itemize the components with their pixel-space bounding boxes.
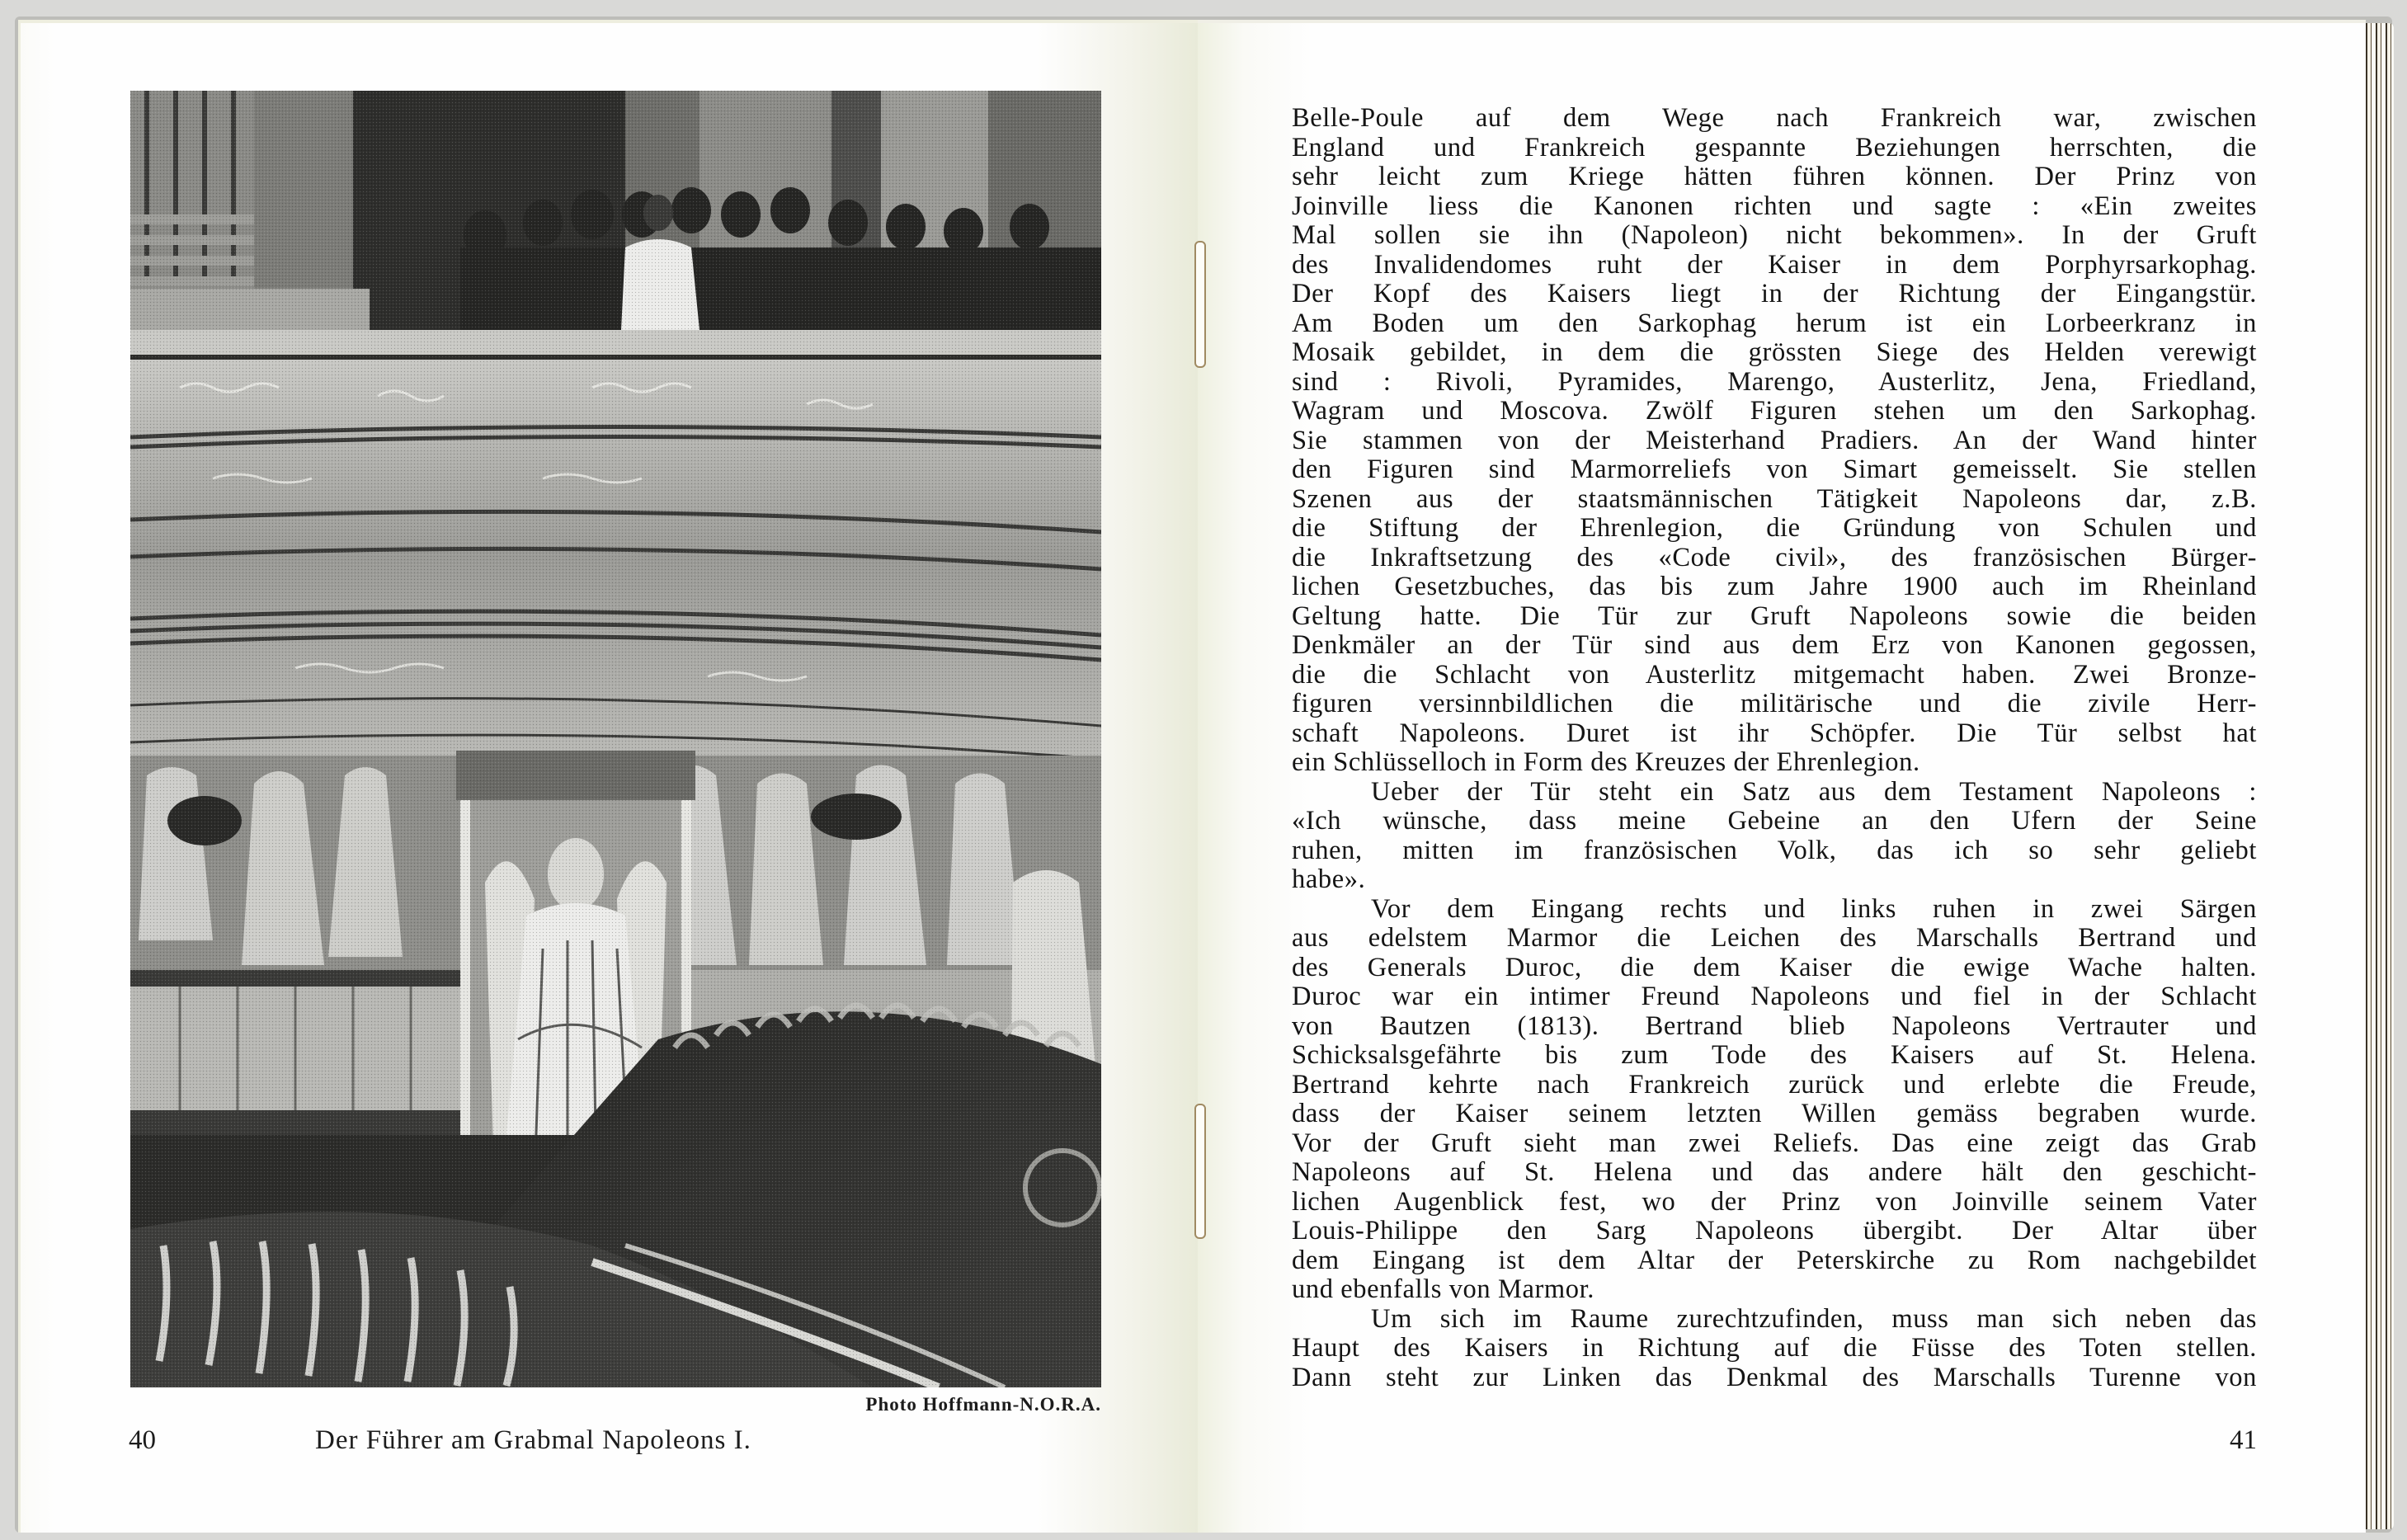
text-line: die Stiftung der Ehrenlegion, die Gründu… — [1292, 514, 2257, 544]
binding-staple-bottom — [1194, 1104, 1206, 1239]
text-line: Louis-Philippe den Sarg Napoleons übergi… — [1292, 1217, 2257, 1246]
text-line: lichen Augenblick fest, wo der Prinz von… — [1292, 1188, 2257, 1217]
text-line: sind : Rivoli, Pyramides, Marengo, Auste… — [1292, 368, 2257, 398]
text-line: Napoleons auf St. Helena und das andere … — [1292, 1158, 2257, 1188]
text-line: Vor dem Eingang rechts und links ruhen i… — [1292, 895, 2257, 925]
photo-illustration — [130, 91, 1101, 1387]
text-line: des Generals Duroc, die dem Kaiser die e… — [1292, 954, 2257, 983]
text-line: Sie stammen von der Meisterhand Pradiers… — [1292, 426, 2257, 456]
text-line: Denkmäler an der Tür sind aus dem Erz vo… — [1292, 631, 2257, 661]
text-line: Um sich im Raume zurechtzufinden, muss m… — [1292, 1305, 2257, 1335]
text-line: Duroc war ein intimer Freund Napoleons u… — [1292, 982, 2257, 1012]
text-line: schaft Napoleons. Duret ist ihr Schöpfer… — [1292, 719, 2257, 749]
text-line: die Inkraftsetzung des «Code civil», des… — [1292, 544, 2257, 573]
text-line: Vor der Gruft sieht man zwei Reliefs. Da… — [1292, 1129, 2257, 1159]
text-line: aus edelstem Marmor die Leichen des Mars… — [1292, 924, 2257, 954]
page-edges-stack — [2366, 23, 2394, 1529]
text-line: lichen Gesetzbuches, das bis zum Jahre 1… — [1292, 572, 2257, 602]
text-line: Schicksalsgefährte bis zum Tode des Kais… — [1292, 1041, 2257, 1071]
text-line: Am Boden um den Sarkophag herum ist ein … — [1292, 309, 2257, 339]
text-line: Wagram und Moscova. Zwölf Figuren stehen… — [1292, 397, 2257, 426]
text-line: Joinville liess die Kanonen richten und … — [1292, 192, 2257, 222]
page-number-right: 41 — [2219, 1425, 2257, 1456]
text-line: die die Schlacht von Austerlitz mitgemac… — [1292, 661, 2257, 690]
text-line: Szenen aus der staatsmännischen Tätigkei… — [1292, 485, 2257, 515]
text-line: von Bautzen (1813). Bertrand blieb Napol… — [1292, 1012, 2257, 1042]
page-number-left: 40 — [129, 1425, 156, 1456]
text-line: habe». — [1292, 865, 2257, 895]
text-line: «Ich wünsche, dass meine Gebeine an den … — [1292, 807, 2257, 836]
text-line: Geltung hatte. Die Tür zur Gruft Napoleo… — [1292, 602, 2257, 632]
photo-napoleon-tomb — [130, 91, 1101, 1387]
text-line: figuren versinnbildlichen die militärisc… — [1292, 690, 2257, 719]
text-line: und ebenfalls von Marmor. — [1292, 1275, 2257, 1305]
text-line: Belle-Poule auf dem Wege nach Frankreich… — [1292, 104, 2257, 134]
text-line: sehr leicht zum Kriege hätten führen kön… — [1292, 162, 2257, 192]
text-line: Dann steht zur Linken das Denkmal des Ma… — [1292, 1363, 2257, 1393]
text-line: ein Schlüsselloch in Form des Kreuzes de… — [1292, 748, 2257, 778]
text-line: Mal sollen sie ihn (Napoleon) nicht beko… — [1292, 221, 2257, 251]
text-line: dass der Kaiser seinem letzten Willen ge… — [1292, 1100, 2257, 1129]
text-line: Haupt des Kaisers in Richtung auf die Fü… — [1292, 1334, 2257, 1363]
body-text: Belle-Poule auf dem Wege nach Frankreich… — [1292, 104, 2257, 1392]
photo-caption: Der Führer am Grabmal Napoleons I. — [315, 1425, 751, 1456]
text-line: Mosaik gebildet, in dem die grössten Sie… — [1292, 338, 2257, 368]
text-line: den Figuren sind Marmorreliefs von Simar… — [1292, 455, 2257, 485]
text-line: des Invalidendomes ruht der Kaiser in de… — [1292, 251, 2257, 280]
binding-staple-top — [1194, 241, 1206, 368]
text-line: dem Eingang ist dem Altar der Peterskirc… — [1292, 1246, 2257, 1276]
photo-credit: Photo Hoffmann-N.O.R.A. — [865, 1394, 1101, 1415]
text-line: England und Frankreich gespannte Beziehu… — [1292, 134, 2257, 163]
text-line: Bertrand kehrte nach Frankreich zurück u… — [1292, 1071, 2257, 1100]
text-line: Der Kopf des Kaisers liegt in der Richtu… — [1292, 280, 2257, 309]
text-line: Ueber der Tür steht ein Satz aus dem Tes… — [1292, 778, 2257, 808]
text-line: ruhen, mitten im französischen Volk, das… — [1292, 836, 2257, 866]
